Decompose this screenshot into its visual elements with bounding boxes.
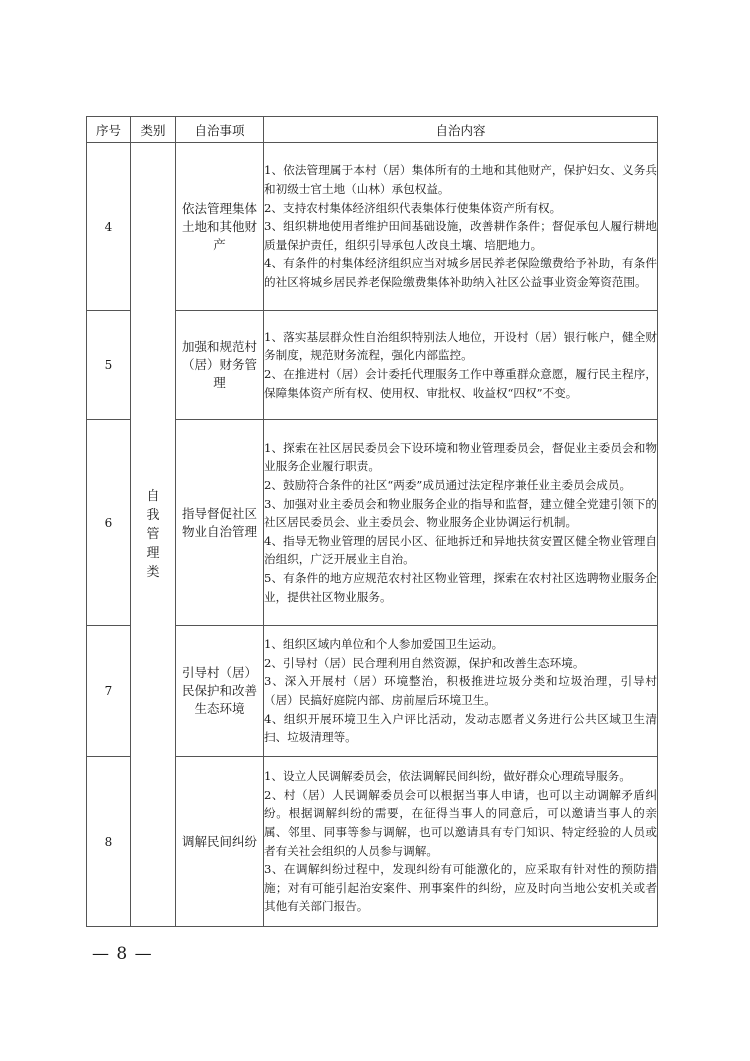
row-content: 1、依法管理属于本村（居）集体所有的土地和其他财产，保护妇女、义务兵和初级士官土… <box>264 143 658 311</box>
row-number: 8 <box>87 757 131 927</box>
content-line: 4、组织开展环境卫生入户评比活动，发动志愿者义务进行公共区域卫生清扫、垃圾清理等… <box>264 710 657 747</box>
content-line: 2、引导村（居）民合理利用自然资源，保护和改善生态环境。 <box>264 654 657 673</box>
row-item: 加强和规范村（居）财务管理 <box>176 311 264 420</box>
table-header-row: 序号 类别 自治事项 自治内容 <box>87 117 658 143</box>
content-line: 1、落实基层群众性自治组织特别法人地位，开设村（居）银行帐户，健全财务制度，规范… <box>264 328 657 365</box>
row-number: 7 <box>87 626 131 757</box>
row-number: 6 <box>87 420 131 626</box>
content-line: 1、依法管理属于本村（居）集体所有的土地和其他财产，保护妇女、义务兵和初级士官土… <box>264 161 657 198</box>
row-content: 1、探索在社区居民委员会下设环境和物业管理委员会，督促业主委员会和物业服务企业履… <box>264 420 658 626</box>
header-item: 自治事项 <box>176 117 264 143</box>
row-content: 1、组织区域内单位和个人参加爱国卫生运动。 2、引导村（居）民合理利用自然资源，… <box>264 626 658 757</box>
content-line: 3、在调解纠纷过程中，发现纠纷有可能激化的，应采取有针对性的预防措施；对有可能引… <box>264 860 657 916</box>
row-number: 5 <box>87 311 131 420</box>
content-line: 5、有条件的地方应规范农村社区物业管理，探索在农村社区选聘物业服务企业，提供社区… <box>264 569 657 606</box>
content-line: 3、组织耕地使用者维护田间基础设施，改善耕作条件；督促承包人履行耕地质量保护责任… <box>264 217 657 254</box>
autonomy-table: 序号 类别 自治事项 自治内容 4 自我管理类 依法管理集体土地和其他财产 1、… <box>86 116 658 927</box>
content-line: 2、鼓励符合条件的社区“两委”成员通过法定程序兼任业主委员会成员。 <box>264 476 657 495</box>
content-line: 3、深入开展村（居）环境整治，积极推进垃圾分类和垃圾治理，引导村（居）民搞好庭院… <box>264 672 657 709</box>
header-serial: 序号 <box>87 117 131 143</box>
header-category: 类别 <box>131 117 176 143</box>
row-item: 指导督促社区物业自治管理 <box>176 420 264 626</box>
row-number: 4 <box>87 143 131 311</box>
category-cell: 自我管理类 <box>131 143 176 927</box>
content-line: 1、组织区域内单位和个人参加爱国卫生运动。 <box>264 635 657 654</box>
row-content: 1、落实基层群众性自治组织特别法人地位，开设村（居）银行帐户，健全财务制度，规范… <box>264 311 658 420</box>
content-line: 3、加强对业主委员会和物业服务企业的指导和监督，建立健全党建引领下的社区居民委员… <box>264 495 657 532</box>
table-row: 4 自我管理类 依法管理集体土地和其他财产 1、依法管理属于本村（居）集体所有的… <box>87 143 658 311</box>
row-item: 引导村（居）民保护和改善生态环境 <box>176 626 264 757</box>
page-number: — 8 — <box>92 944 153 964</box>
category-label: 自我管理类 <box>147 487 160 582</box>
content-line: 1、设立人民调解委员会，依法调解民间纠纷，做好群众心理疏导服务。 <box>264 767 657 786</box>
content-line: 4、有条件的村集体经济组织应当对城乡居民养老保险缴费给予补助，有条件的社区将城乡… <box>264 254 657 291</box>
content-line: 2、在推进村（居）会计委托代理服务工作中尊重群众意愿，履行民主程序，保障集体资产… <box>264 365 657 402</box>
header-content: 自治内容 <box>264 117 658 143</box>
row-item: 调解民间纠纷 <box>176 757 264 927</box>
content-line: 1、探索在社区居民委员会下设环境和物业管理委员会，督促业主委员会和物业服务企业履… <box>264 439 657 476</box>
content-line: 2、村（居）人民调解委员会可以根据当事人申请，也可以主动调解矛盾纠纷。根据调解纠… <box>264 786 657 860</box>
content-line: 2、支持农村集体经济组织代表集体行使集体资产所有权。 <box>264 199 657 218</box>
row-content: 1、设立人民调解委员会，依法调解民间纠纷，做好群众心理疏导服务。 2、村（居）人… <box>264 757 658 927</box>
row-item: 依法管理集体土地和其他财产 <box>176 143 264 311</box>
content-line: 4、指导无物业管理的居民小区、征地拆迁和异地扶贫安置区健全物业管理自治组织，广泛… <box>264 532 657 569</box>
